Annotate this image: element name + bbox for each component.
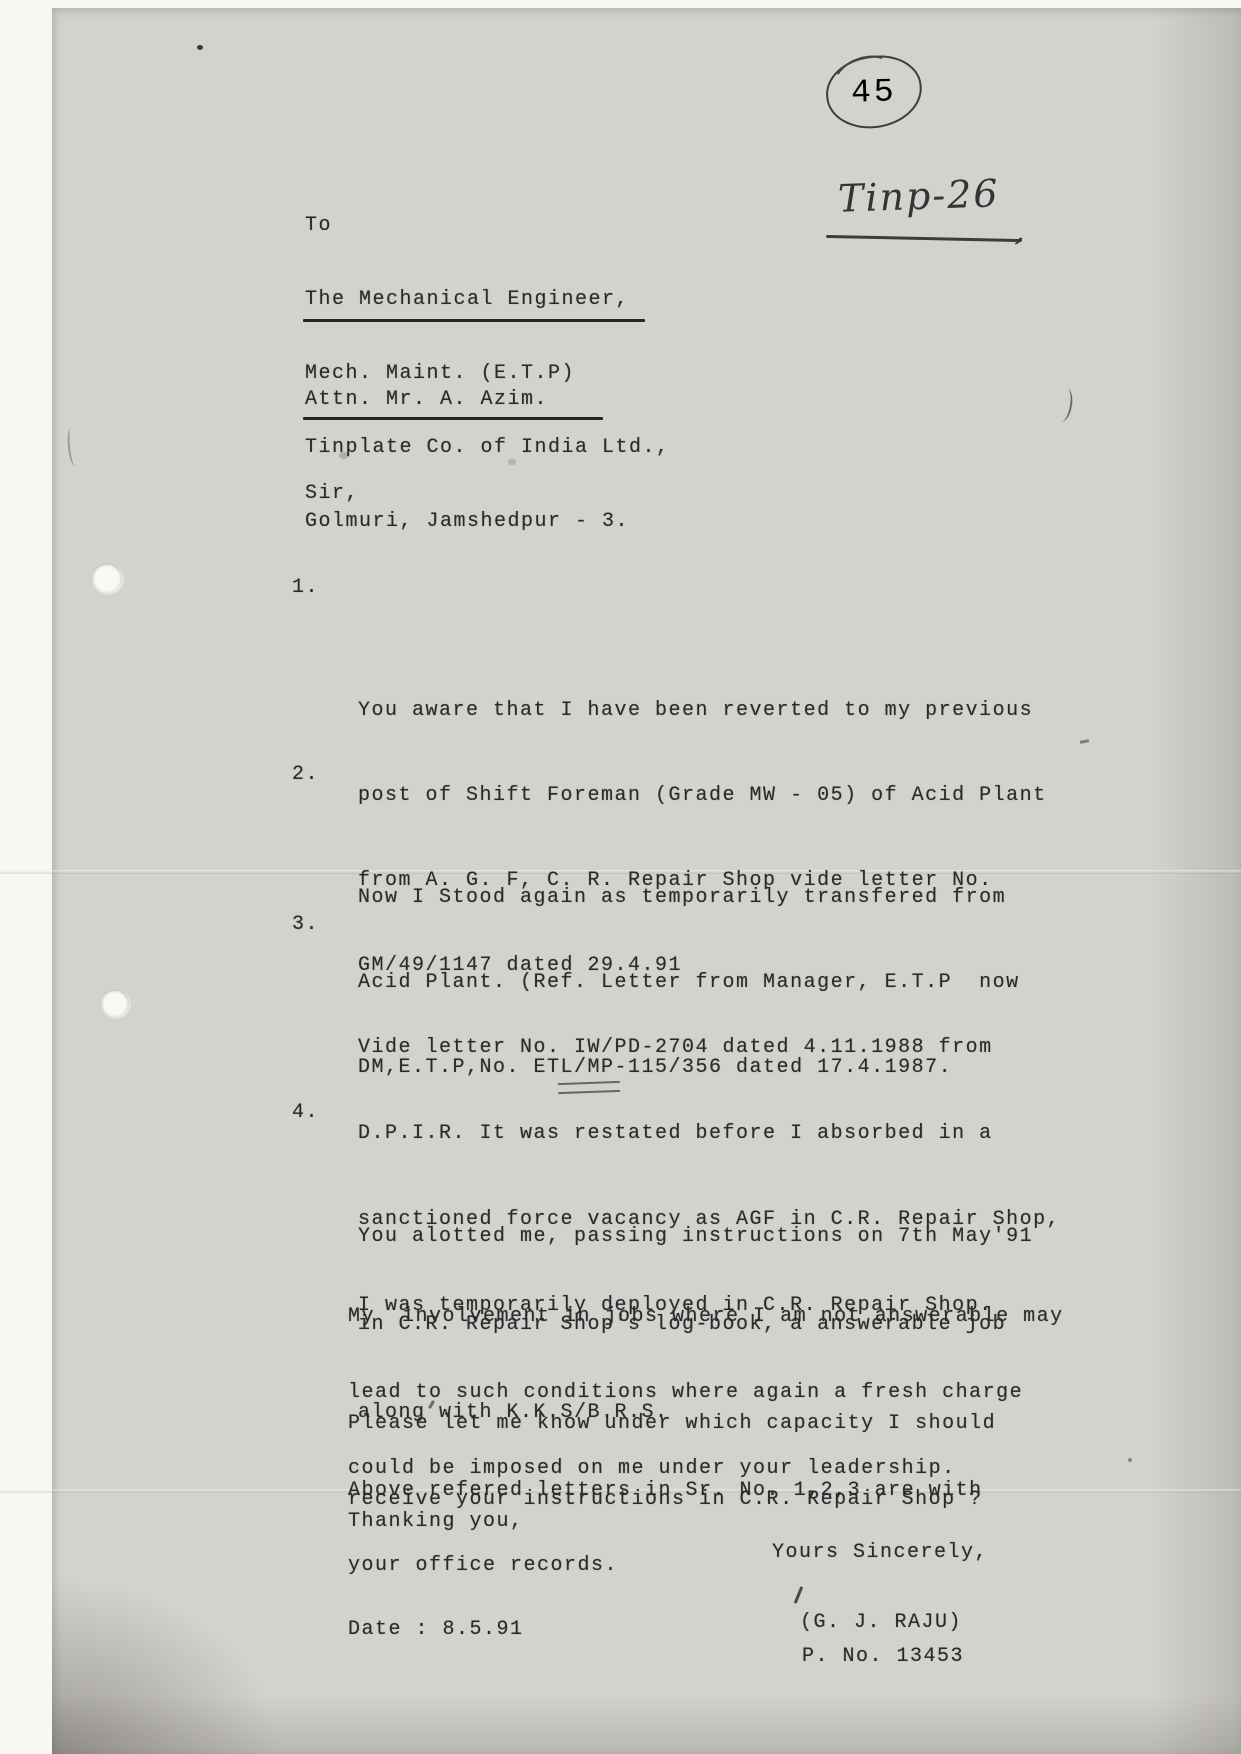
address-underline	[303, 319, 645, 322]
date-line: Date : 8.5.91	[348, 1618, 524, 1641]
signatory-name: (G. J. RAJU)	[800, 1611, 962, 1634]
recipient-address-block: To The Mechanical Engineer, Mech. Maint.…	[305, 166, 670, 582]
recipient-line: Golmuri, Jamshedpur - 3.	[305, 508, 670, 536]
salutation: Sir,	[305, 482, 359, 505]
sign-off-line: Yours Sincerely,	[772, 1541, 988, 1564]
thanking-line: Thanking you,	[348, 1510, 524, 1533]
scan-smudge	[339, 452, 349, 459]
recipient-line: Tinplate Co. of India Ltd.,	[305, 434, 670, 462]
attention-line: Attn. Mr. A. Azim.	[305, 388, 548, 411]
scan-speck	[1128, 1458, 1132, 1462]
paragraph-line: You alotted me, passing instructions on …	[358, 1216, 1033, 1258]
paragraph-line: Now I Stood again as temporarily transfe…	[358, 878, 1020, 917]
recipient-line: The Mechanical Engineer,	[305, 286, 670, 314]
scan-smudge	[508, 459, 516, 465]
recipient-line: To	[305, 212, 670, 240]
recipient-line: Mech. Maint. (E.T.P)	[305, 360, 670, 388]
handwritten-reference: Tinp-26	[837, 171, 1000, 221]
paragraph-line: You aware that I have been reverted to m…	[358, 691, 1047, 730]
punch-hole-bottom	[101, 989, 129, 1017]
scan-speck	[197, 45, 203, 50]
paragraph-number: 3.	[292, 913, 319, 936]
attention-underline	[303, 417, 603, 420]
handwritten-correction-squiggle	[558, 1081, 620, 1094]
paragraph-line: My involvement in jobs where I am not an…	[348, 1302, 1064, 1332]
paragraph-number: 1.	[292, 576, 319, 599]
paragraph-number: 4.	[292, 1101, 319, 1124]
handwritten-page-number: 45	[851, 73, 898, 112]
paragraph-line: Above refered letters in Sr. No. 1,2,3 a…	[348, 1476, 983, 1505]
scanned-letter-document: 45 Tinp-26 , To The Mechanical Engineer,…	[0, 0, 1241, 1754]
punch-hole-top	[92, 563, 122, 593]
paragraph-line: Vide letter No. IW/PD-2704 dated 4.11.19…	[358, 1028, 1060, 1068]
paragraph-number: 2.	[292, 763, 319, 786]
signatory-number: P. No. 13453	[802, 1645, 964, 1668]
bottom-left-corner-shadow	[52, 1554, 312, 1754]
